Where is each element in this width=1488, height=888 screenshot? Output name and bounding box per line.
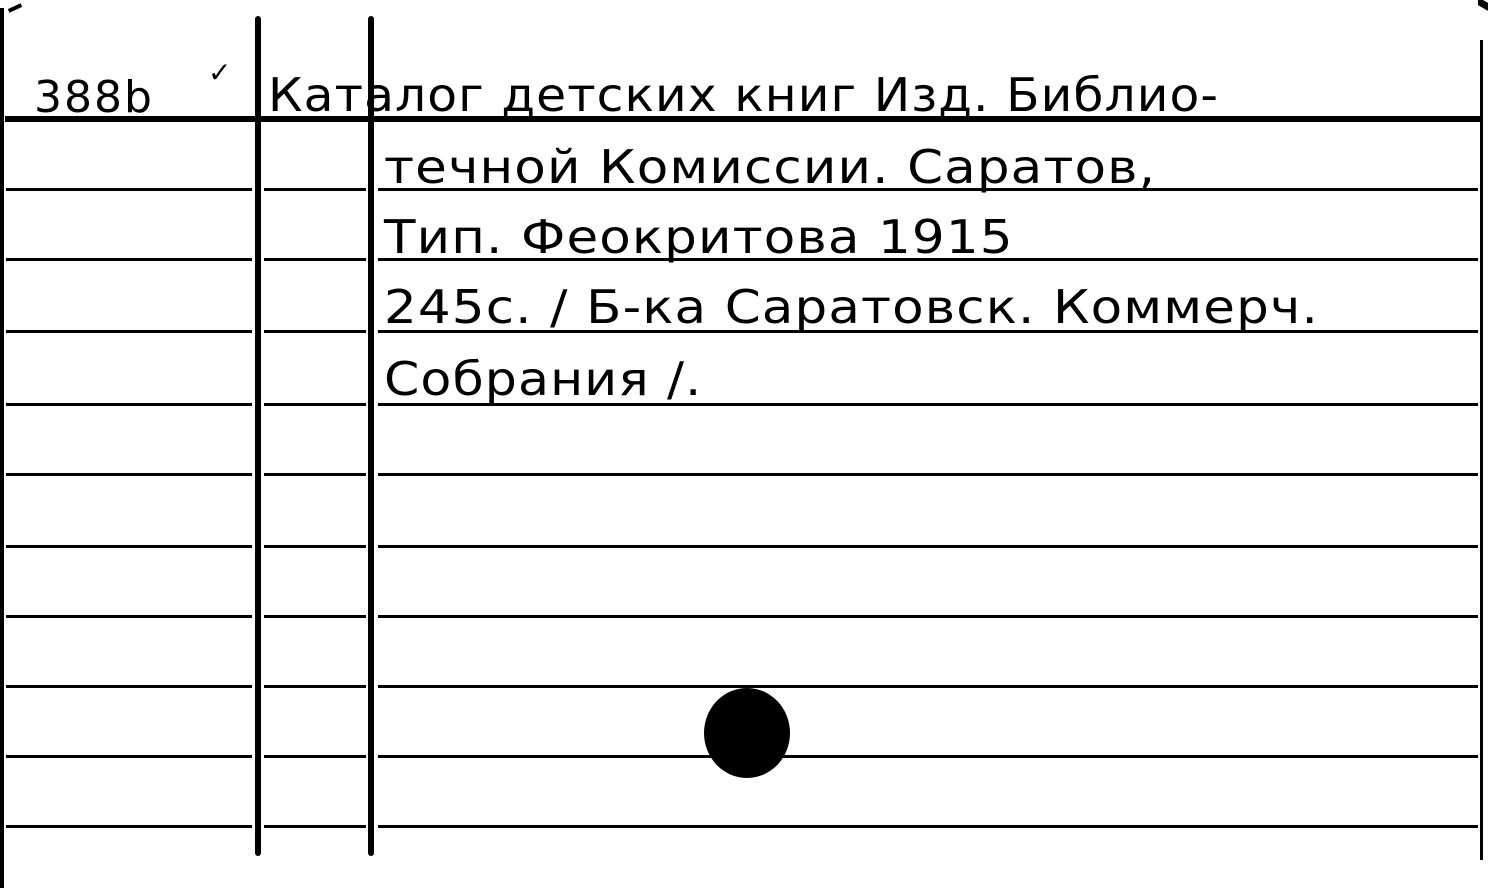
entry-line-1: Каталог детских книг Изд. Библио- xyxy=(268,72,1219,118)
ruled-line xyxy=(6,615,252,618)
ruled-line xyxy=(264,403,366,406)
ruled-line xyxy=(264,473,366,476)
entry-line-2: течной Комиссии. Саратов, xyxy=(384,144,1156,190)
ruled-line xyxy=(6,403,252,406)
ruled-line xyxy=(264,545,366,548)
column-divider-left xyxy=(255,16,261,856)
check-mark: ✓ xyxy=(208,56,231,89)
column-divider-right xyxy=(368,16,374,856)
ruled-line xyxy=(264,685,366,688)
ruled-line xyxy=(6,825,252,828)
ruled-line xyxy=(378,685,1478,688)
ruled-line xyxy=(378,473,1478,476)
ruled-line xyxy=(378,615,1478,618)
ruled-line xyxy=(6,188,252,191)
ruled-line xyxy=(264,330,366,333)
ruled-line xyxy=(6,545,252,548)
entry-line-4: 245с. / Б-ка Саратовск. Коммерч. xyxy=(384,284,1319,330)
ruled-line xyxy=(264,755,366,758)
card-right-edge xyxy=(1480,40,1483,860)
ruled-line xyxy=(378,755,1478,758)
ruled-line xyxy=(378,545,1478,548)
corner-mark xyxy=(8,3,22,13)
ruled-line xyxy=(6,473,252,476)
entry-line-5: Собрания /. xyxy=(384,356,702,402)
catalog-card: 388b ✓ Каталог детских книг Изд. Библио-… xyxy=(0,0,1488,888)
ruled-line xyxy=(264,258,366,261)
corner-mark-top-right xyxy=(1478,0,1488,11)
ruled-line xyxy=(6,258,252,261)
call-number: 388b xyxy=(34,72,154,123)
entry-line-3: Тип. Феокритова 1915 xyxy=(384,214,1014,260)
ruled-line xyxy=(264,188,366,191)
ruled-line xyxy=(264,825,366,828)
ruled-line xyxy=(378,825,1478,828)
ruled-line xyxy=(6,330,252,333)
ruled-line xyxy=(264,615,366,618)
ruled-line xyxy=(6,755,252,758)
card-left-edge xyxy=(0,8,4,888)
punch-hole xyxy=(704,688,790,778)
ruled-line xyxy=(6,685,252,688)
